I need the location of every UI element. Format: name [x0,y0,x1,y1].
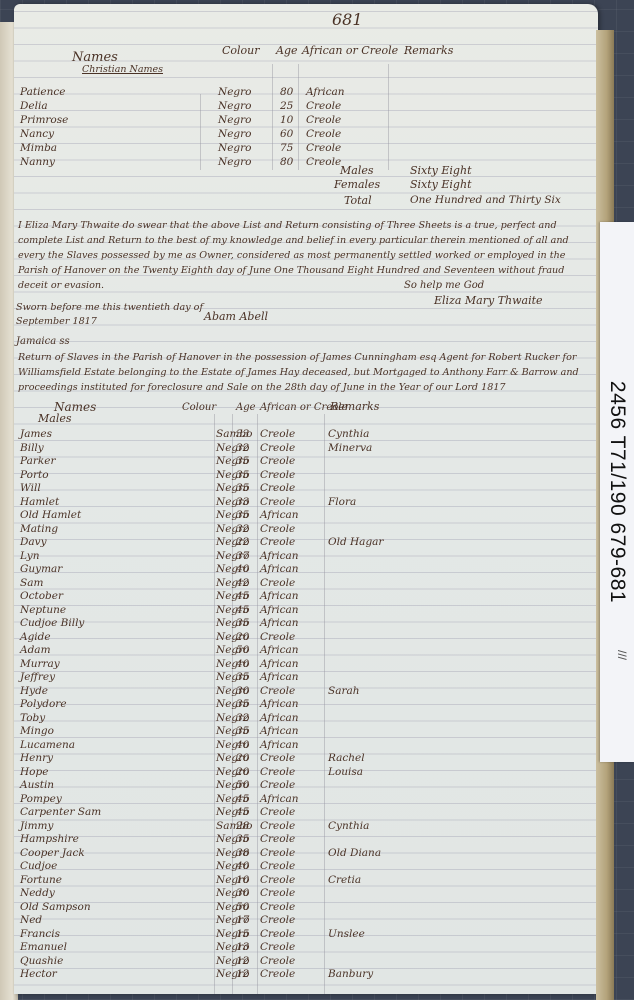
cell-colour: Negro [218,128,251,140]
header-age: Age [276,44,298,57]
header-christian-names: Christian Names [82,64,163,75]
cell-age: 35 [236,833,249,845]
cell-origin: Creole [306,100,341,112]
cell-name: Agide [20,631,51,643]
cell-name: Mingo [20,725,54,737]
cell-age: 35 [236,469,249,481]
cell-origin: Creole [306,128,341,140]
cell-age: 12 [236,968,249,980]
header-names: Names [72,50,118,65]
cell-age: 40 [236,563,249,575]
cell-name: Patience [20,86,66,98]
cell-origin: African [260,658,299,670]
cell-name: Will [20,482,41,494]
cell-origin: Creole [260,752,295,764]
cell-name: Guymar [20,563,62,575]
ledger-page: 681 Names Christian Names Colour Age Afr… [14,4,598,994]
header-age-2: Age [236,402,256,413]
cell-age: 32 [236,523,249,535]
cell-age: 10 [236,874,249,886]
oath-signatory: Eliza Mary Thwaite [434,294,543,307]
cell-name: Old Hamlet [20,509,81,521]
cell-origin: African [260,509,299,521]
cell-age: 35 [236,698,249,710]
cell-colour: Negro [218,156,251,168]
cell-name: Davy [20,536,47,548]
cell-name: Mating [20,523,58,535]
cell-age: 45 [236,793,249,805]
sworn-line-2: September 1817 [16,316,97,327]
cell-origin: Creole [260,685,295,697]
cell-name: Toby [20,712,45,724]
totals-males-value: Sixty Eight [410,164,471,177]
cell-age: 32 [236,442,249,454]
cell-name: Ned [20,914,42,926]
cell-remarks: Cynthia [328,820,369,832]
header-origin: African or Creole [302,44,398,57]
cell-origin: Creole [260,860,295,872]
cell-age: 80 [280,86,293,98]
cell-age: 40 [236,739,249,751]
catalogue-label: 2456 T71/190 679-681 [600,222,634,762]
cell-age: 45 [236,604,249,616]
cell-origin: Creole [260,766,295,778]
cell-origin: Creole [260,901,295,913]
cell-age: 17 [236,914,249,926]
cell-age: 45 [236,590,249,602]
cell-origin: African [260,644,299,656]
cell-name: Quashie [20,955,63,967]
oath-closing: So help me God [404,280,484,291]
cell-colour: Negro [218,142,251,154]
cell-name: Old Sampson [20,901,91,913]
cell-origin: Creole [260,914,295,926]
cell-origin: Creole [260,806,295,818]
cell-origin: Creole [260,523,295,535]
cell-colour: Negro [218,100,251,112]
cell-name: Parker [20,455,55,467]
cell-age: 15 [236,928,249,940]
cell-remarks: Louisa [328,766,363,778]
oath-text: I Eliza Mary Thwaite do swear that the a… [18,218,588,293]
cell-origin: African [260,793,299,805]
cell-name: Hope [20,766,48,778]
cell-age: 50 [236,644,249,656]
totals-total-value: One Hundred and Thirty Six [410,194,561,206]
cell-age: 42 [236,577,249,589]
cell-remarks: Unslee [328,928,365,940]
totals-total-label: Total [344,194,372,207]
cell-name: Jimmy [20,820,53,832]
cell-age: 75 [280,142,293,154]
cell-name: Hamlet [20,496,59,508]
cell-name: Hyde [20,685,48,697]
cell-age: 28 [236,820,249,832]
cell-name: October [20,590,63,602]
sworn-line-1: Sworn before me this twentieth day of [16,302,203,313]
cell-age: 25 [280,100,293,112]
totals-males-label: Males [340,164,374,177]
table-row: Nanny Negro 80 Creole [14,156,598,172]
cell-remarks: Banbury [328,968,373,980]
cell-origin: Creole [260,469,295,481]
cell-age: 30 [236,887,249,899]
cell-origin: Creole [260,577,295,589]
cell-name: Austin [20,779,54,791]
cell-origin: Creole [260,847,295,859]
cell-origin: Creole [306,142,341,154]
cell-remarks: Old Diana [328,847,381,859]
cell-origin: Creole [260,941,295,953]
cell-name: Polydore [20,698,67,710]
cell-age: 30 [236,685,249,697]
cell-name: James [20,428,52,440]
oath-witness: Abam Abell [204,310,268,323]
tally-mark: /// [615,650,629,660]
cell-age: 33 [236,428,249,440]
cell-name: Delia [20,100,48,112]
cell-age: 20 [236,752,249,764]
page-number: 681 [332,10,363,29]
cell-remarks: Minerva [328,442,372,454]
cell-age: 13 [236,941,249,953]
cell-origin: Creole [260,482,295,494]
cell-colour: Negro [218,86,251,98]
table-row: HectorNegro12CreoleBanbury [14,968,598,984]
cell-age: 35 [236,482,249,494]
cell-origin: Creole [306,156,341,168]
cell-name: Cooper Jack [20,847,85,859]
cell-age: 32 [236,712,249,724]
cell-name: Neddy [20,887,55,899]
cell-age: 40 [236,658,249,670]
cell-name: Billy [20,442,44,454]
cell-name: Cudjoe Billy [20,617,84,629]
cell-remarks: Rachel [328,752,365,764]
cell-origin: Creole [260,496,295,508]
cell-origin: African [260,698,299,710]
cell-age: 20 [236,766,249,778]
cell-age: 50 [236,901,249,913]
cell-origin: African [260,725,299,737]
cell-age: 12 [236,955,249,967]
totals-females-label: Females [334,178,380,191]
cell-name: Lucamena [20,739,75,751]
cell-remarks: Cynthia [328,428,369,440]
cell-age: 35 [236,671,249,683]
cell-name: Carpenter Sam [20,806,101,818]
cell-name: Fortune [20,874,62,886]
cell-origin: African [260,604,299,616]
cell-name: Adam [20,644,51,656]
cell-origin: Creole [260,968,295,980]
cell-origin: Creole [260,928,295,940]
cell-name: Sam [20,577,43,589]
cell-origin: African [306,86,345,98]
cell-age: 35 [236,617,249,629]
cell-remarks: Flora [328,496,356,508]
cell-origin: Creole [260,779,295,791]
cell-origin: Creole [306,114,341,126]
cell-name: Porto [20,469,49,481]
cell-name: Mimba [20,142,57,154]
cell-origin: Creole [260,631,295,643]
cell-origin: African [260,550,299,562]
cell-remarks: Cretia [328,874,361,886]
header-remarks-2: Remarks [330,400,379,413]
cell-name: Francis [20,928,60,940]
cell-origin: African [260,712,299,724]
header-remarks: Remarks [404,44,453,57]
cell-name: Lyn [20,550,39,562]
cell-name: Hampshire [20,833,79,845]
cell-name: Nanny [20,156,55,168]
cell-age: 35 [236,725,249,737]
cell-age: 45 [236,806,249,818]
heading-place: Jamaica ss [16,336,70,347]
totals-females-value: Sixty Eight [410,178,471,191]
cell-name: Hector [20,968,57,980]
cell-age: 38 [236,847,249,859]
cell-age: 40 [236,860,249,872]
cell-age: 60 [280,128,293,140]
cell-origin: Creole [260,455,295,467]
cell-origin: Creole [260,955,295,967]
cell-origin: Creole [260,442,295,454]
cell-origin: Creole [260,874,295,886]
cell-origin: African [260,617,299,629]
cell-age: 35 [236,455,249,467]
cell-origin: African [260,590,299,602]
header-colour: Colour [222,44,260,57]
cell-origin: African [260,563,299,575]
header-colour-2: Colour [182,402,216,413]
cell-remarks: Old Hagar [328,536,383,548]
cell-age: 35 [236,509,249,521]
cell-origin: Creole [260,428,295,440]
cell-origin: Creole [260,887,295,899]
cell-age: 80 [280,156,293,168]
cell-name: Cudjoe [20,860,57,872]
cell-name: Murray [20,658,60,670]
cell-age: 20 [236,631,249,643]
cell-name: Nancy [20,128,54,140]
cell-origin: Creole [260,820,295,832]
cell-origin: African [260,739,299,751]
cell-remarks: Sarah [328,685,360,697]
cell-age: 10 [280,114,293,126]
cell-age: 22 [236,536,249,548]
cell-age: 37 [236,550,249,562]
catalogue-reference: 2456 T71/190 679-681 [605,381,629,603]
cell-origin: Creole [260,833,295,845]
cell-name: Henry [20,752,53,764]
cell-name: Jeffrey [20,671,55,683]
cell-age: 50 [236,779,249,791]
cell-origin: African [260,671,299,683]
cell-origin: Creole [260,536,295,548]
cell-colour: Negro [218,114,251,126]
cell-name: Emanuel [20,941,67,953]
cell-name: Primrose [20,114,68,126]
header-males: Males [38,412,72,425]
heading-text: Return of Slaves in the Parish of Hanove… [18,350,588,395]
cell-name: Neptune [20,604,66,616]
cell-age: 33 [236,496,249,508]
cell-name: Pompey [20,793,62,805]
